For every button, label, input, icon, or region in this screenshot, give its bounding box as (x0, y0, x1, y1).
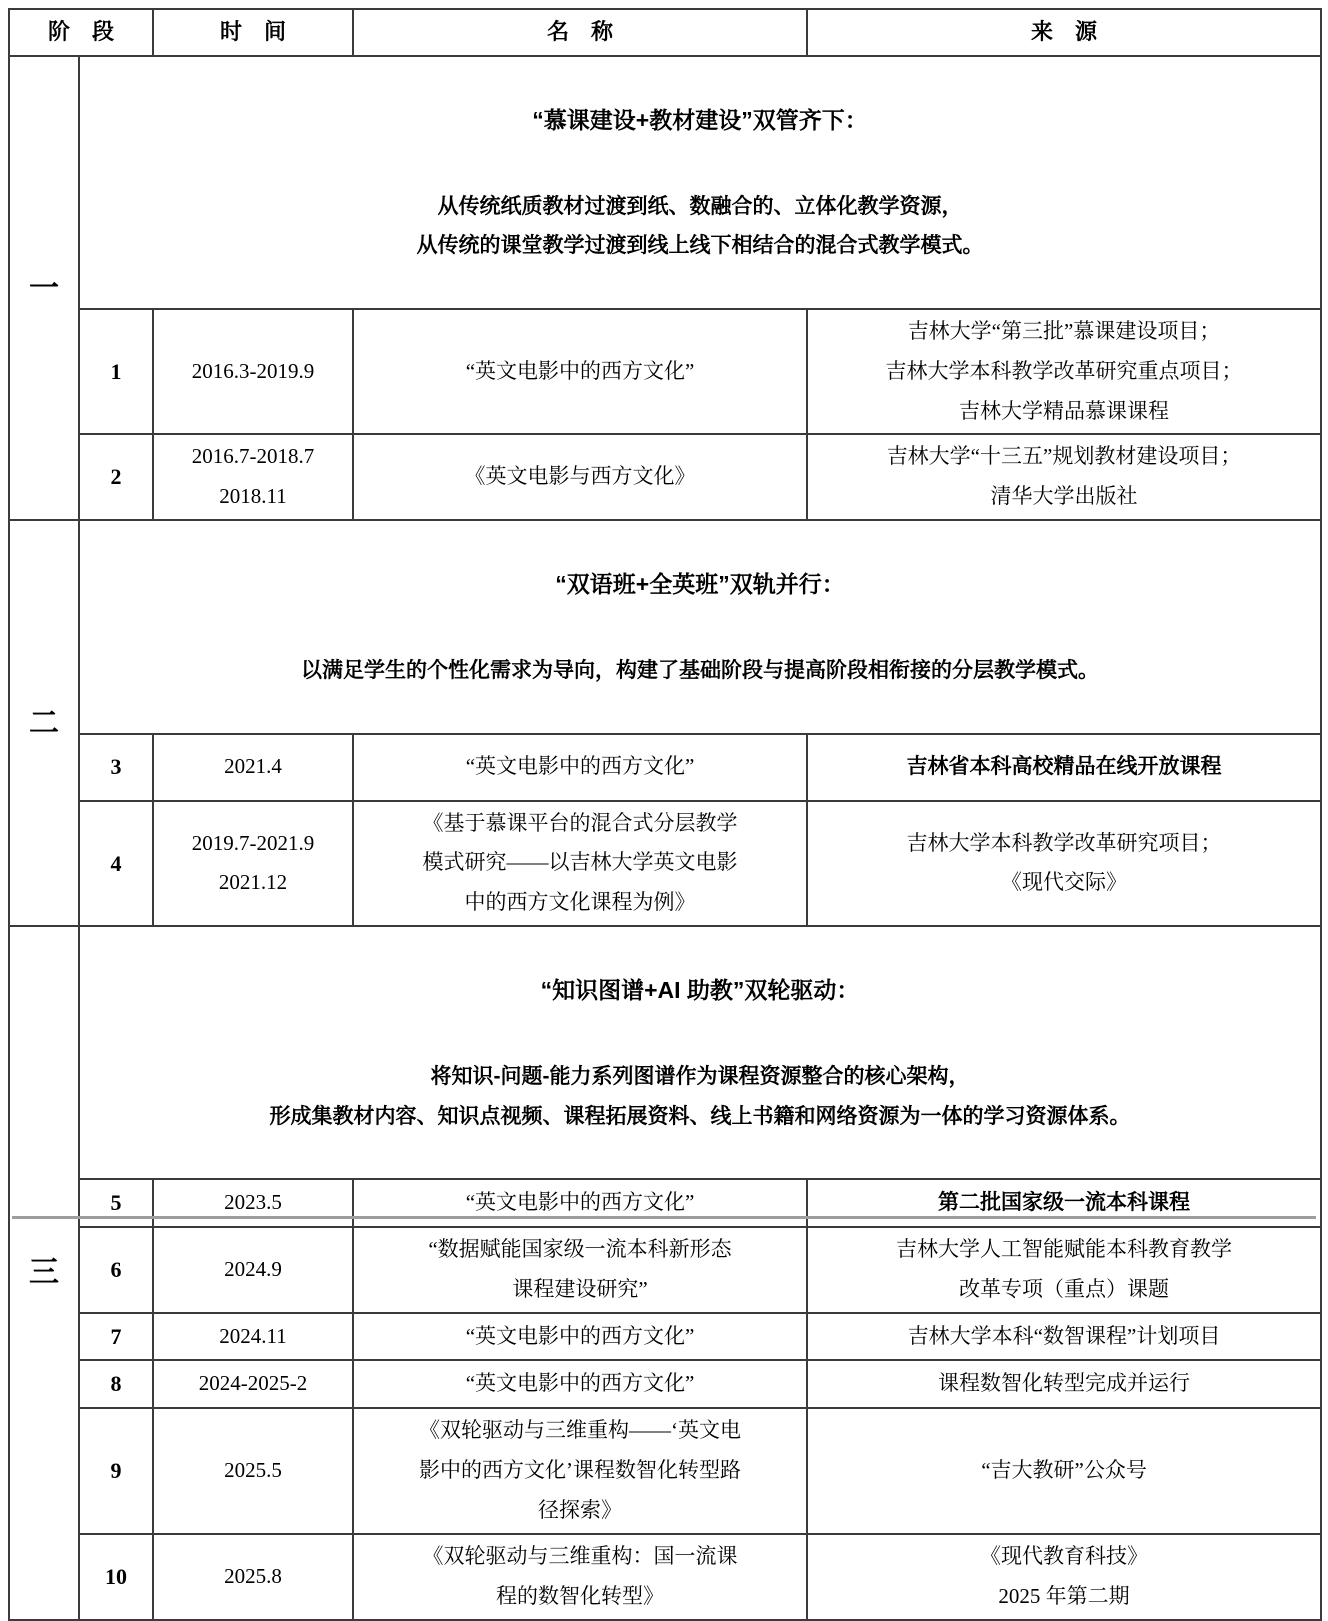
row-6-name: “数据赋能国家级一流本科新形态 课程建设研究” (353, 1227, 807, 1313)
stage-3-title: “知识图谱+AI 助教”双轮驱动： (86, 974, 1314, 1006)
table-row-9: 9 2025.5 《双轮驱动与三维重构——‘英文电 影中的西方文化’课程数智化转… (9, 1408, 1321, 1534)
stage-1-title: “慕课建设+教材建设”双管齐下： (86, 104, 1314, 136)
row-10-number: 10 (79, 1534, 153, 1620)
row-8-name: “英文电影中的西方文化” (353, 1360, 807, 1408)
row-7-time: 2024.11 (153, 1313, 353, 1361)
stage-3-description: 将知识-问题-能力系列图谱作为课程资源整合的核心架构， 形成集教材内容、知识点视… (86, 1057, 1314, 1136)
col-header-time: 时 间 (153, 9, 353, 56)
stage-2-title: “双语班+全英班”双轨并行： (86, 568, 1314, 600)
row-6-number: 6 (79, 1227, 153, 1313)
row-10-source: 《现代教育科技》 2025 年第二期 (807, 1534, 1321, 1620)
header-row: 阶 段 时 间 名 称 来 源 (9, 9, 1321, 56)
row-1-time: 2016.3-2019.9 (153, 309, 353, 435)
row-5-name: “英文电影中的西方文化” (353, 1179, 807, 1227)
row-9-time: 2025.5 (153, 1408, 353, 1534)
row-7-number: 7 (79, 1313, 153, 1361)
row-9-source: “吉大教研”公众号 (807, 1408, 1321, 1534)
row-2-name: 《英文电影与西方文化》 (353, 434, 807, 520)
cropped-next-row-edge (12, 1216, 1316, 1219)
stage-1-header-cell: “慕课建设+教材建设”双管齐下： 从传统纸质教材过渡到纸、数融合的、立体化教学资… (79, 56, 1321, 309)
row-4-name: 《基于慕课平台的混合式分层教学 模式研究——以吉林大学英文电影 中的西方文化课程… (353, 801, 807, 927)
row-2-number: 2 (79, 434, 153, 520)
row-10-time: 2025.8 (153, 1534, 353, 1620)
stage-2-marker: 二 (9, 520, 79, 926)
row-5-time: 2023.5 (153, 1179, 353, 1227)
stage-3-header-cell: “知识图谱+AI 助教”双轮驱动： 将知识-问题-能力系列图谱作为课程资源整合的… (79, 926, 1321, 1179)
row-3-name: “英文电影中的西方文化” (353, 734, 807, 801)
table-row-6: 6 2024.9 “数据赋能国家级一流本科新形态 课程建设研究” 吉林大学人工智… (9, 1227, 1321, 1313)
stage-2-header-cell: “双语班+全英班”双轨并行： 以满足学生的个性化需求为导向，构建了基础阶段与提高… (79, 520, 1321, 733)
row-10-name: 《双轮驱动与三维重构：国一流课 程的数智化转型》 (353, 1534, 807, 1620)
stage-2-description: 以满足学生的个性化需求为导向，构建了基础阶段与提高阶段相衔接的分层教学模式。 (86, 651, 1314, 690)
row-5-number: 5 (79, 1179, 153, 1227)
row-3-time: 2021.4 (153, 734, 353, 801)
row-7-name: “英文电影中的西方文化” (353, 1313, 807, 1361)
course-development-table: 阶 段 时 间 名 称 来 源 一 “慕课建设+教材建设”双管齐下： 从传统纸质… (8, 8, 1322, 1621)
row-6-time: 2024.9 (153, 1227, 353, 1313)
table-row-3: 3 2021.4 “英文电影中的西方文化” 吉林省本科高校精品在线开放课程 (9, 734, 1321, 801)
row-3-number: 3 (79, 734, 153, 801)
row-9-name: 《双轮驱动与三维重构——‘英文电 影中的西方文化’课程数智化转型路 径探索》 (353, 1408, 807, 1534)
row-2-source: 吉林大学“十三五”规划教材建设项目； 清华大学出版社 (807, 434, 1321, 520)
table-row-2: 2 2016.7-2018.7 2018.11 《英文电影与西方文化》 吉林大学… (9, 434, 1321, 520)
row-7-source: 吉林大学本科“数智课程”计划项目 (807, 1313, 1321, 1361)
table-row-10: 10 2025.8 《双轮驱动与三维重构：国一流课 程的数智化转型》 《现代教育… (9, 1534, 1321, 1620)
stage-3-section-row: 三 “知识图谱+AI 助教”双轮驱动： 将知识-问题-能力系列图谱作为课程资源整… (9, 926, 1321, 1179)
row-1-name: “英文电影中的西方文化” (353, 309, 807, 435)
row-9-number: 9 (79, 1408, 153, 1534)
col-header-name: 名 称 (353, 9, 807, 56)
row-4-time: 2019.7-2021.9 2021.12 (153, 801, 353, 927)
row-5-source: 第二批国家级一流本科课程 (807, 1179, 1321, 1227)
row-1-source: 吉林大学“第三批”慕课建设项目； 吉林大学本科教学改革研究重点项目； 吉林大学精… (807, 309, 1321, 435)
table-row-5: 5 2023.5 “英文电影中的西方文化” 第二批国家级一流本科课程 (9, 1179, 1321, 1227)
row-8-source: 课程数智化转型完成并运行 (807, 1360, 1321, 1408)
row-4-source: 吉林大学本科教学改革研究项目； 《现代交际》 (807, 801, 1321, 927)
row-3-source: 吉林省本科高校精品在线开放课程 (807, 734, 1321, 801)
table-row-4: 4 2019.7-2021.9 2021.12 《基于慕课平台的混合式分层教学 … (9, 801, 1321, 927)
stage-1-marker: 一 (9, 56, 79, 520)
table-row-7: 7 2024.11 “英文电影中的西方文化” 吉林大学本科“数智课程”计划项目 (9, 1313, 1321, 1361)
row-4-number: 4 (79, 801, 153, 927)
row-6-source: 吉林大学人工智能赋能本科教育教学 改革专项（重点）课题 (807, 1227, 1321, 1313)
row-2-time: 2016.7-2018.7 2018.11 (153, 434, 353, 520)
row-8-time: 2024-2025-2 (153, 1360, 353, 1408)
stage-1-description: 从传统纸质教材过渡到纸、数融合的、立体化教学资源， 从传统的课堂教学过渡到线上线… (86, 187, 1314, 266)
col-header-source: 来 源 (807, 9, 1321, 56)
stage-1-section-row: 一 “慕课建设+教材建设”双管齐下： 从传统纸质教材过渡到纸、数融合的、立体化教… (9, 56, 1321, 309)
row-1-number: 1 (79, 309, 153, 435)
table-row-1: 1 2016.3-2019.9 “英文电影中的西方文化” 吉林大学“第三批”慕课… (9, 309, 1321, 435)
stage-3-marker: 三 (9, 926, 79, 1619)
table-row-8: 8 2024-2025-2 “英文电影中的西方文化” 课程数智化转型完成并运行 (9, 1360, 1321, 1408)
row-8-number: 8 (79, 1360, 153, 1408)
col-header-stage: 阶 段 (9, 9, 153, 56)
stage-2-section-row: 二 “双语班+全英班”双轨并行： 以满足学生的个性化需求为导向，构建了基础阶段与… (9, 520, 1321, 733)
